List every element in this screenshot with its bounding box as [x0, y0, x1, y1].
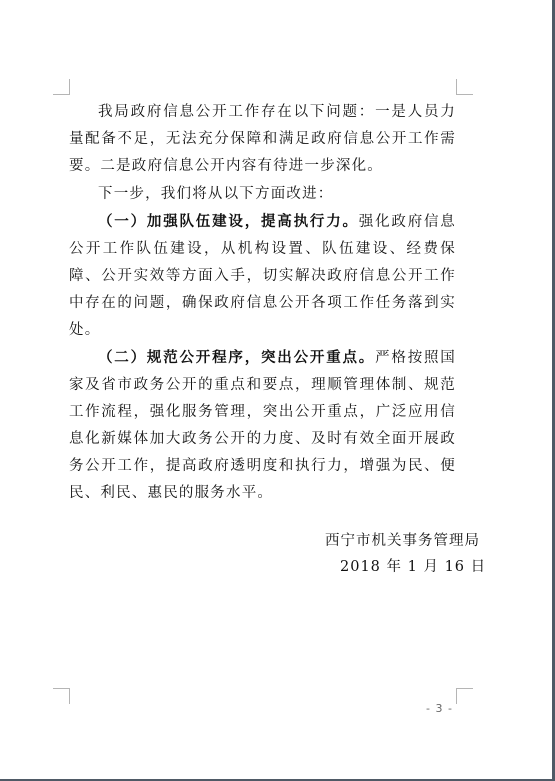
paragraph-text: 严格按照国家及省市政务公开的重点和要点，理顺管理体制、规范工作流程，强化服务管理… [69, 350, 456, 501]
document-page: 我局政府信息公开工作存在以下问题：一是人员力量配备不足，无法充分保障和满足政府信… [0, 0, 552, 779]
page-number: - 3 - [426, 702, 453, 715]
signature-date: 2018 年 1 月 16 日 [340, 555, 486, 576]
margin-corner-top-right [456, 79, 473, 95]
margin-corner-top-left [53, 79, 70, 95]
margin-corner-bottom-left [53, 688, 70, 704]
paragraph-problems: 我局政府信息公开工作存在以下问题：一是人员力量配备不足，无法充分保障和满足政府信… [69, 98, 456, 180]
document-body: 我局政府信息公开工作存在以下问题：一是人员力量配备不足，无法充分保障和满足政府信… [69, 98, 456, 507]
paragraph-next-steps: 下一步，我们将从以下方面改进： [69, 180, 456, 208]
paragraph-text: 我局政府信息公开工作存在以下问题：一是人员力量配备不足，无法充分保障和满足政府信… [69, 104, 456, 174]
paragraph-lead: （一）加强队伍建设，提高执行力。 [98, 213, 359, 230]
paragraph-text: 强化政府信息公开工作队伍建设，从机构设置、队伍建设、经费保障、公开实效等方面入手… [69, 214, 456, 338]
paragraph-text: 下一步，我们将从以下方面改进： [98, 186, 334, 202]
margin-corner-bottom-right [456, 688, 473, 704]
signature: 西宁市机关事务管理局 [325, 529, 480, 550]
paragraph-item-1: （一）加强队伍建设，提高执行力。强化政府信息公开工作队伍建设，从机构设置、队伍建… [69, 208, 456, 344]
paragraph-item-2: （二）规范公开程序，突出公开重点。严格按照国家及省市政务公开的重点和要点，理顺管… [69, 344, 456, 507]
paragraph-lead: （二）规范公开程序，突出公开重点。 [98, 349, 375, 366]
